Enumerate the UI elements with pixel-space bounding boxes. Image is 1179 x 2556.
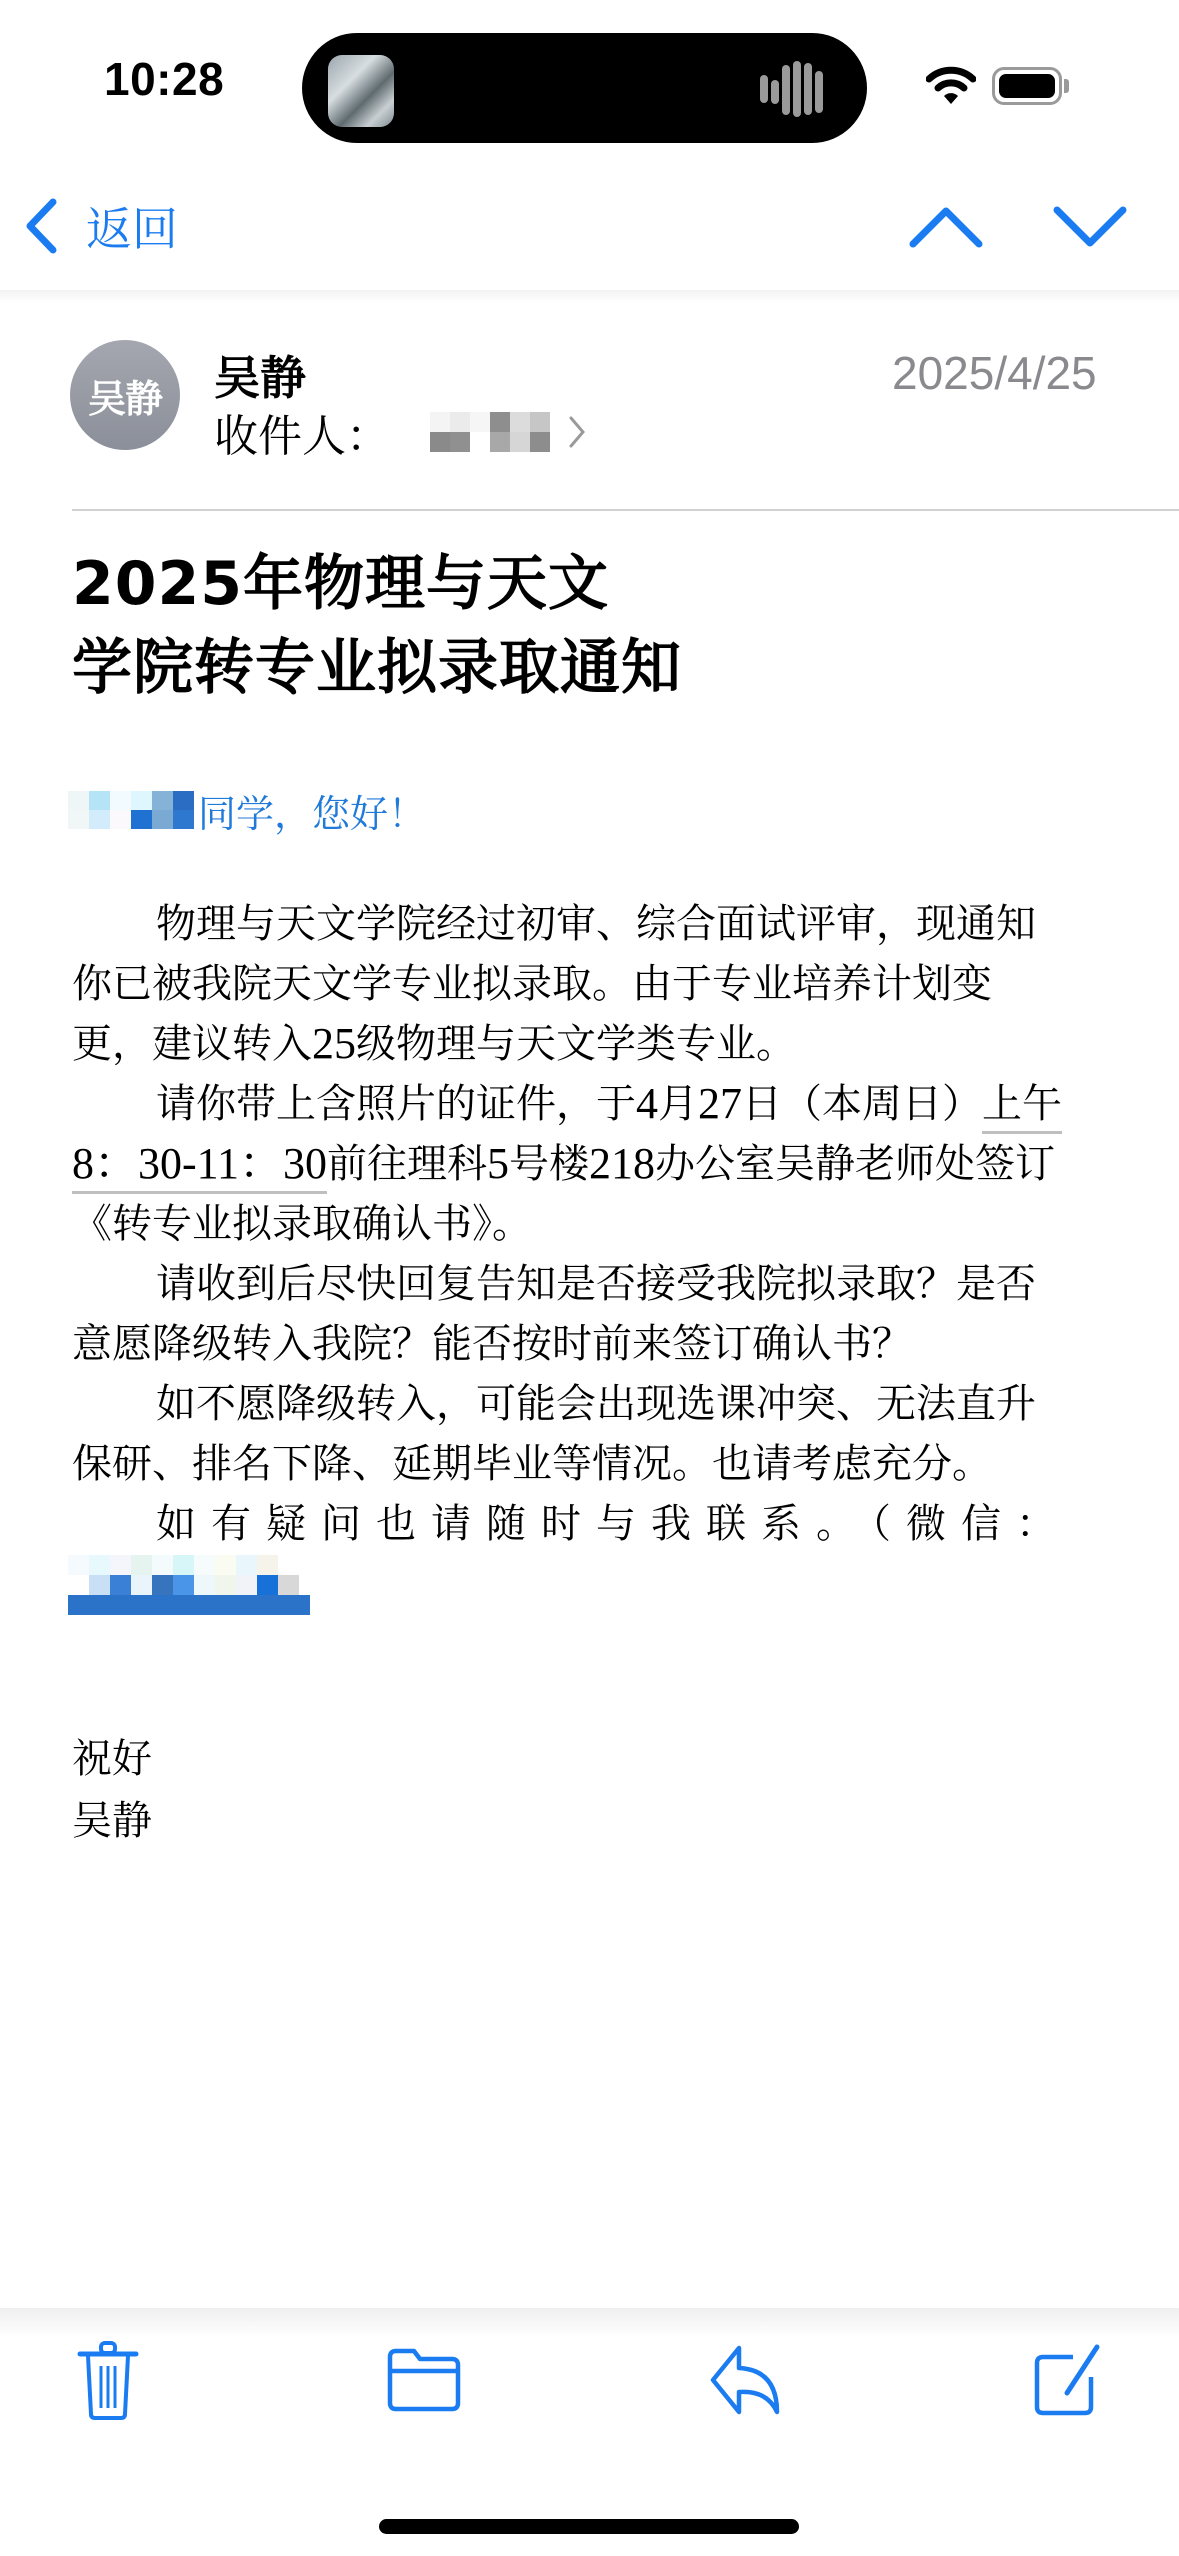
body-line: 如有疑问也请随时与我联系。（微信： [72, 1494, 1107, 1554]
message-date: 2025/4/25 [892, 346, 1097, 400]
body-number: 218 [589, 1134, 655, 1194]
body-text: 前往理科 [327, 1134, 487, 1194]
sender-name[interactable]: 吴静 [214, 342, 306, 408]
home-indicator[interactable] [379, 2519, 799, 2534]
signoff-name: 吴静 [72, 1790, 152, 1852]
body-text: 办公室吴静老师处签订 [655, 1134, 1055, 1194]
body-number: 25 [312, 1014, 356, 1074]
body-text: 日（本周日） [742, 1074, 982, 1134]
body-line: 保研、排名下降、延期毕业等情况。也请考虑充分。 [72, 1434, 1107, 1494]
now-playing-artwork [328, 55, 394, 127]
body-text: 级物理与天文学类专业。 [356, 1014, 796, 1074]
battery-level [999, 74, 1055, 98]
wifi-icon [926, 66, 976, 106]
recipient-redacted [430, 412, 550, 452]
signoff-greeting: 祝好 [72, 1728, 152, 1790]
time-link[interactable]: 上午 [982, 1074, 1062, 1134]
nav-divider [0, 290, 1179, 302]
body-text: 月 [658, 1074, 698, 1134]
subject-line-1: 2025年物理与天文 [72, 542, 682, 626]
folder-icon [386, 2347, 462, 2413]
header-divider [72, 509, 1179, 511]
delete-button[interactable] [68, 2340, 148, 2420]
trash-icon [76, 2340, 140, 2420]
move-to-folder-button[interactable] [384, 2340, 464, 2420]
message-body: 物理与天文学院经过初审、综合面试评审，现通知 你已被我院天文学专业拟录取。由于专… [72, 894, 1107, 1554]
reply-button[interactable] [706, 2340, 786, 2420]
body-line: 更，建议转入25级物理与天文学类专业。 [72, 1014, 1107, 1074]
status-time: 10:28 [104, 52, 224, 106]
signoff: 祝好 吴静 [72, 1728, 152, 1852]
dynamic-island[interactable] [302, 33, 867, 143]
body-line: 如不愿降级转入，可能会出现选课冲突、无法直升 [72, 1374, 1107, 1434]
wechat-id-redacted[interactable] [68, 1555, 310, 1615]
recipient-row[interactable]: 收件人： [214, 404, 586, 460]
chevron-left-icon [24, 198, 58, 254]
body-line: 请收到后尽快回复告知是否接受我院拟录取？是否 [72, 1254, 1107, 1314]
subject-line-2: 学院转专业拟录取通知 [72, 626, 682, 710]
body-line: 物理与天文学院经过初审、综合面试评审，现通知 [72, 894, 1107, 954]
reply-arrow-icon [709, 2344, 783, 2416]
body-line: 意愿降级转入我院？能否按时前来签订确认书？ [72, 1314, 1107, 1374]
message-subject: 2025年物理与天文 学院转专业拟录取通知 [72, 542, 682, 710]
greeting-name-redacted [68, 791, 194, 829]
greeting: 同学，您好！ [68, 782, 426, 838]
battery-icon [992, 67, 1062, 105]
body-text: 号楼 [509, 1134, 589, 1194]
next-message-button[interactable] [1052, 204, 1128, 250]
time-link[interactable]: 8：30-11：30 [72, 1134, 327, 1194]
audio-waveform-icon [760, 61, 820, 117]
chevron-right-icon [568, 415, 586, 449]
body-line: 《转专业拟录取确认书》。 [72, 1194, 1107, 1254]
toolbar-divider [0, 2308, 1179, 2338]
body-number: 27 [698, 1074, 742, 1134]
body-text: 更，建议转入 [72, 1014, 312, 1074]
compose-button[interactable] [1028, 2340, 1108, 2420]
compose-icon [1033, 2343, 1103, 2417]
battery-nub [1064, 79, 1069, 93]
back-label: 返回 [86, 193, 178, 259]
sender-avatar[interactable]: 吴静 [70, 340, 180, 450]
body-line: 8：30-11：30前往理科5号楼218办公室吴静老师处签订 [72, 1134, 1107, 1194]
body-line: 请你带上含照片的证件，于4月27日（本周日）上午 [72, 1074, 1107, 1134]
body-line: 你已被我院天文学专业拟录取。由于专业培养计划变 [72, 954, 1107, 1014]
previous-message-button[interactable] [908, 204, 984, 250]
recipient-label: 收件人： [214, 400, 390, 464]
back-button[interactable]: 返回 [24, 196, 178, 256]
body-text: 请你带上含照片的证件，于 [156, 1074, 636, 1134]
body-number: 5 [487, 1134, 509, 1194]
greeting-text: 同学，您好！ [198, 783, 426, 838]
body-number: 4 [636, 1074, 658, 1134]
